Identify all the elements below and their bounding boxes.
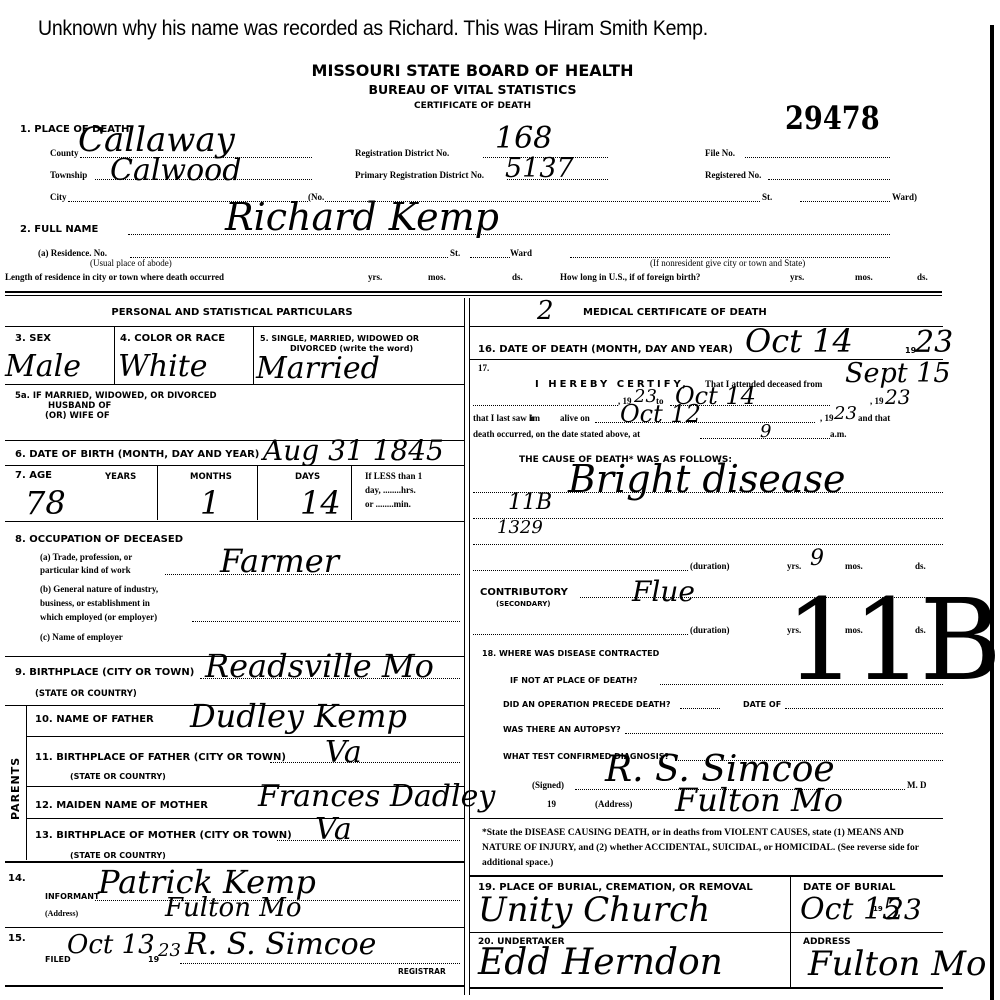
ward-line — [800, 201, 890, 202]
occupation-value: Farmer — [220, 545, 339, 577]
full-name-label: 2. FULL NAME — [20, 224, 98, 235]
cause-footnote: *State the DISEASE CAUSING DEATH, or in … — [482, 826, 937, 871]
age-days-value: 14 — [300, 487, 341, 519]
foreign-ds: ds. — [917, 272, 928, 282]
burial-year: 23 — [886, 896, 922, 924]
father-birthplace-line — [270, 762, 460, 763]
spouse-label-2: HUSBAND OF — [48, 401, 111, 411]
city-label: City — [50, 192, 67, 202]
q17-number: 17. — [478, 363, 489, 373]
certify-label: I HEREBY CERTIFY, — [535, 379, 689, 390]
race-value: White — [118, 352, 208, 382]
center-divider-left — [464, 298, 465, 995]
registrar-signature: R. S. Simcoe — [185, 930, 376, 960]
undertaker-value: Edd Herndon — [478, 945, 723, 981]
occ-a-label-2: particular kind of work — [40, 565, 131, 575]
date-of-label: DATE OF — [743, 700, 781, 709]
duration-mos: mos. — [845, 561, 863, 571]
not-at-place-label: IF NOT AT PLACE OF DEATH? — [510, 676, 638, 685]
foreign-mos: mos. — [855, 272, 873, 282]
physician-address-label: (Address) — [595, 799, 632, 809]
undertaker-address-value: Fulton Mo — [808, 947, 986, 981]
duration-label: (duration) — [690, 561, 730, 571]
age-years-value: 78 — [25, 487, 66, 519]
duration-yrs: yrs. — [787, 561, 801, 571]
city-st-label: St. — [762, 192, 772, 202]
center-divider-right — [469, 298, 470, 995]
informant-number: 14. — [8, 873, 26, 884]
attended-to-year: 23 — [885, 387, 910, 407]
section-divider-2 — [5, 295, 942, 296]
spouse-label-1: 5a. IF MARRIED, WIDOWED, OR DIVORCED — [15, 391, 217, 401]
filed-year-value: 23 — [158, 942, 181, 960]
nonresident-note: (If nonresident give city or town and St… — [650, 258, 805, 268]
residence-ward-label: Ward — [510, 248, 532, 258]
occ-b-label-2: business, or establishment in — [40, 598, 150, 608]
father-birthplace-sub: (STATE OR COUNTRY) — [70, 772, 166, 781]
residence-line — [130, 257, 448, 258]
reg-district-value: 168 — [495, 124, 552, 154]
filed-line — [180, 963, 460, 964]
parents-side-label: PARENTS — [9, 757, 22, 820]
secondary-label: (SECONDARY) — [496, 600, 550, 608]
cause-code-1: 11B — [508, 492, 552, 514]
mother-birthplace-label: 13. BIRTHPLACE OF MOTHER (CITY OR TOWN) — [35, 830, 292, 841]
death-time-value: 9 — [760, 423, 771, 441]
full-name-value: Richard Kemp — [225, 198, 499, 236]
cause-line-2 — [473, 518, 943, 519]
marital-value: Married — [256, 354, 380, 384]
city-ward-label: Ward) — [892, 192, 917, 202]
contributory-line-2 — [473, 634, 688, 635]
rule — [253, 327, 254, 384]
length-yrs: yrs. — [368, 272, 382, 282]
county-value: Callaway — [78, 123, 235, 157]
residence-ward-line — [470, 257, 510, 258]
autopsy-label: WAS THERE AN AUTOPSY? — [503, 725, 621, 734]
length-of-residence-label: Length of residence in city or town wher… — [5, 272, 224, 282]
burial-place-value: Unity Church — [478, 893, 710, 927]
residence-label: (a) Residence. No. — [38, 248, 107, 258]
registered-no-label: Registered No. — [705, 170, 761, 180]
autopsy-line — [625, 733, 943, 734]
informant-label: INFORMANT — [45, 892, 99, 901]
length-mos: mos. — [428, 272, 446, 282]
duration-label-2: (duration) — [690, 625, 730, 635]
occ-a-label-1: (a) Trade, profession, or — [40, 552, 132, 562]
dob-label: 6. DATE OF BIRTH (MONTH, DAY AND YEAR) — [15, 449, 259, 460]
sex-label: 3. SEX — [15, 333, 51, 344]
attended-to-19: , 19 — [870, 396, 884, 406]
mother-birthplace-line — [277, 840, 460, 841]
rule — [351, 466, 352, 520]
occ-b-label-3: which employed (or employer) — [40, 612, 157, 622]
father-name-value: Dudley Kemp — [190, 700, 407, 732]
q18-label: 18. WHERE WAS DISEASE CONTRACTED — [482, 649, 659, 658]
filed-date-value: Oct 13 — [67, 932, 155, 958]
age-years-label: YEARS — [105, 472, 136, 482]
attended-from-value: Sept 15 — [845, 360, 951, 387]
residence-sub: (Usual place of abode) — [90, 258, 172, 268]
rule — [5, 985, 464, 987]
rule — [470, 326, 943, 327]
cause-value: Bright disease — [568, 460, 846, 498]
mother-name-label: 12. MAIDEN NAME OF MOTHER — [35, 800, 208, 811]
age-months-label: MONTHS — [190, 472, 232, 482]
medical-section-title: MEDICAL CERTIFICATE OF DEATH — [583, 307, 767, 318]
sex-value: Male — [5, 352, 81, 382]
operation-line — [680, 708, 720, 709]
residence-st-label: St. — [450, 248, 460, 258]
operation-label: DID AN OPERATION PRECEDE DEATH? — [503, 700, 670, 709]
age-months-value: 1 — [200, 487, 220, 519]
occ-b-label-1: (b) General nature of industry, — [40, 584, 158, 594]
date-of-line — [785, 708, 943, 709]
county-label: County — [50, 148, 79, 158]
file-no-label: File No. — [705, 148, 735, 158]
birthplace-sub: (STATE OR COUNTRY) — [35, 689, 137, 699]
cause-line-4a — [473, 570, 688, 571]
cause-line-3 — [473, 544, 943, 545]
annotation-caption: Unknown why his name was recorded as Ric… — [38, 17, 708, 41]
mother-birthplace-value: Va — [315, 815, 352, 845]
marital-label: 5. SINGLE, MARRIED, WIDOWED OR — [260, 334, 419, 343]
rule — [26, 706, 27, 860]
informant-address-label: (Address) — [45, 909, 78, 918]
rule — [470, 932, 943, 933]
not-at-place-line — [660, 684, 943, 685]
big-cause-code: 11B — [785, 585, 998, 697]
mother-birthplace-sub: (STATE OR COUNTRY) — [70, 851, 166, 860]
informant-address-value: Fulton Mo — [165, 895, 302, 921]
race-label: 4. COLOR OR RACE — [120, 333, 225, 344]
last-saw-date: Oct 12 — [620, 402, 701, 426]
md-label: M. D — [907, 780, 927, 790]
rule — [5, 326, 464, 327]
rule — [470, 987, 943, 989]
cause-code-2: 1329 — [497, 519, 543, 537]
medical-section-number: 2 — [537, 298, 554, 324]
duration-ds: ds. — [915, 561, 926, 571]
board-title: MISSOURI STATE BOARD OF HEALTH — [0, 61, 945, 80]
length-ds: ds. — [512, 272, 523, 282]
rule — [5, 384, 464, 385]
dob-value: Aug 31 1845 — [263, 437, 444, 465]
father-name-label: 10. NAME OF FATHER — [35, 714, 154, 725]
duration-mos-value: 9 — [810, 548, 824, 570]
birthplace-label: 9. BIRTHPLACE (CITY OR TOWN) — [15, 667, 194, 678]
father-birthplace-value: Va — [325, 738, 362, 768]
attended-from-line — [473, 405, 618, 406]
signed-label: (Signed) — [532, 780, 564, 790]
and-that-label: and that — [858, 413, 890, 423]
death-occurred-label: death occurred, on the date stated above… — [473, 429, 640, 439]
foreign-birth-label: How long in U.S., if of foreign birth? — [560, 272, 700, 282]
spouse-label-3: (OR) WIFE OF — [45, 411, 110, 421]
signed-date-19: 19 — [547, 799, 556, 809]
rule — [157, 466, 158, 520]
father-birthplace-label: 11. BIRTHPLACE OF FATHER (CITY OR TOWN) — [35, 752, 286, 763]
township-label: Township — [50, 170, 87, 180]
registered-no-line — [768, 179, 890, 180]
rule — [114, 327, 115, 384]
dod-year: 23 — [915, 328, 953, 358]
dod-label: 16. DATE OF DEATH (MONTH, DAY AND YEAR) — [478, 344, 733, 355]
contributory-label: CONTRIBUTORY — [480, 587, 568, 598]
bureau-title: BUREAU OF VITAL STATISTICS — [0, 82, 945, 97]
last-saw-19: , 19 — [820, 413, 834, 423]
death-ampm: a.m. — [830, 429, 847, 439]
primary-reg-value: 5137 — [505, 155, 574, 182]
burial-year-prefix: 19 — [873, 905, 883, 913]
rule — [470, 875, 943, 877]
alive-on-label: alive on — [560, 413, 590, 423]
reg-district-label: Registration District No. — [355, 148, 449, 158]
rule — [26, 736, 464, 737]
file-no-line — [745, 157, 890, 158]
dod-value: Oct 14 — [745, 325, 853, 357]
section-divider — [5, 291, 942, 293]
mother-name-value: Frances Dadley — [258, 782, 495, 812]
less-than-label-3: or ........min. — [365, 499, 411, 509]
last-saw-year: 23 — [834, 405, 857, 423]
occ-c-label: (c) Name of employer — [40, 632, 123, 642]
less-than-label-2: day, ........hrs. — [365, 485, 416, 495]
last-saw-label: that I last saw h — [473, 413, 534, 423]
rule — [5, 521, 464, 522]
primary-reg-label: Primary Registration District No. — [355, 170, 484, 180]
rule — [470, 818, 943, 819]
registrar-label: REGISTRAR — [398, 967, 446, 976]
age-label: 7. AGE — [15, 470, 52, 481]
right-border — [990, 25, 994, 1000]
occ-b-line — [192, 621, 460, 622]
certificate-number: 29478 — [785, 99, 880, 137]
filed-number: 15. — [8, 933, 26, 944]
contributory-value: Flue — [632, 578, 695, 606]
last-saw-him: im — [530, 413, 540, 423]
rule — [5, 465, 464, 466]
foreign-yrs: yrs. — [790, 272, 804, 282]
personal-section-title: PERSONAL AND STATISTICAL PARTICULARS — [0, 307, 464, 318]
rule — [26, 818, 464, 819]
age-days-label: DAYS — [295, 472, 320, 482]
occupation-label: 8. OCCUPATION OF DECEASED — [15, 534, 183, 545]
birthplace-value: Readsville Mo — [205, 650, 434, 682]
township-value: Calwood — [110, 156, 241, 186]
less-than-label-1: If LESS than 1 — [365, 471, 422, 481]
rule — [257, 466, 258, 520]
physician-address-value: Fulton Mo — [675, 784, 843, 816]
